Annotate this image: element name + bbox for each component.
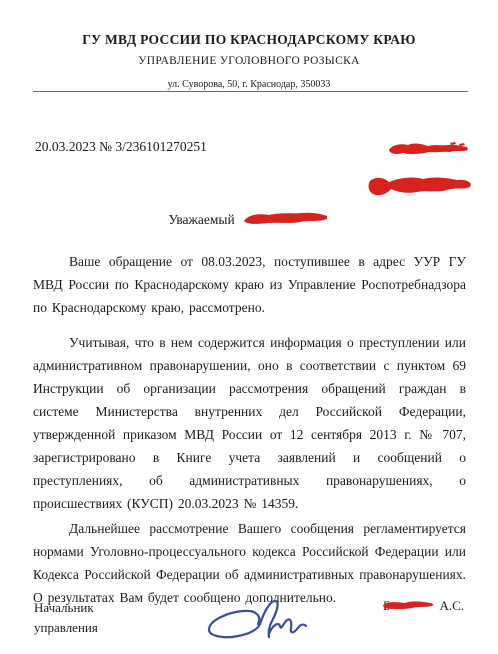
salutation-prefix: Уважаемый [168,212,234,227]
letterhead-address: ул. Суворова, 50, г. Краснодар, 350033 [0,79,498,91]
letterhead-divider [33,91,468,92]
letterhead: ГУ МВД РОССИИ ПО КРАСНОДАРСКОМУ КРАЮ УПР… [0,32,498,91]
reference-date-number: 20.03.2023 № 3/236101270251 [35,139,207,155]
letterhead-org: ГУ МВД РОССИИ ПО КРАСНОДАРСКОМУ КРАЮ [0,32,498,48]
letter-body: Ваше обращение от 08.03.2023, поступивше… [33,250,466,611]
redaction-mark-recipient-line2 [365,174,473,197]
redaction-mark-signer-surname [381,599,437,611]
paragraph-1: Ваше обращение от 08.03.2023, поступивше… [33,250,466,319]
redaction-mark-salutation-name [242,211,330,227]
handwritten-signature [196,594,316,652]
signer-position: Начальник управления [34,598,98,638]
salutation-line: Уважаемый [0,211,498,228]
redaction-mark-recipient-line1 [387,141,470,158]
letterhead-department: УПРАВЛЕНИЕ УГОЛОВНОГО РОЗЫСКА [0,54,498,68]
signer-position-line1: Начальник [34,598,98,618]
signer-position-line2: управления [34,618,98,638]
signer-initials: А.С. [439,598,464,613]
signer-name: Б А.С. [383,598,464,614]
scanned-letter-page: ГУ МВД РОССИИ ПО КРАСНОДАРСКОМУ КРАЮ УПР… [0,0,498,654]
paragraph-2: Учитывая, что в нем содержится информаци… [33,331,466,515]
